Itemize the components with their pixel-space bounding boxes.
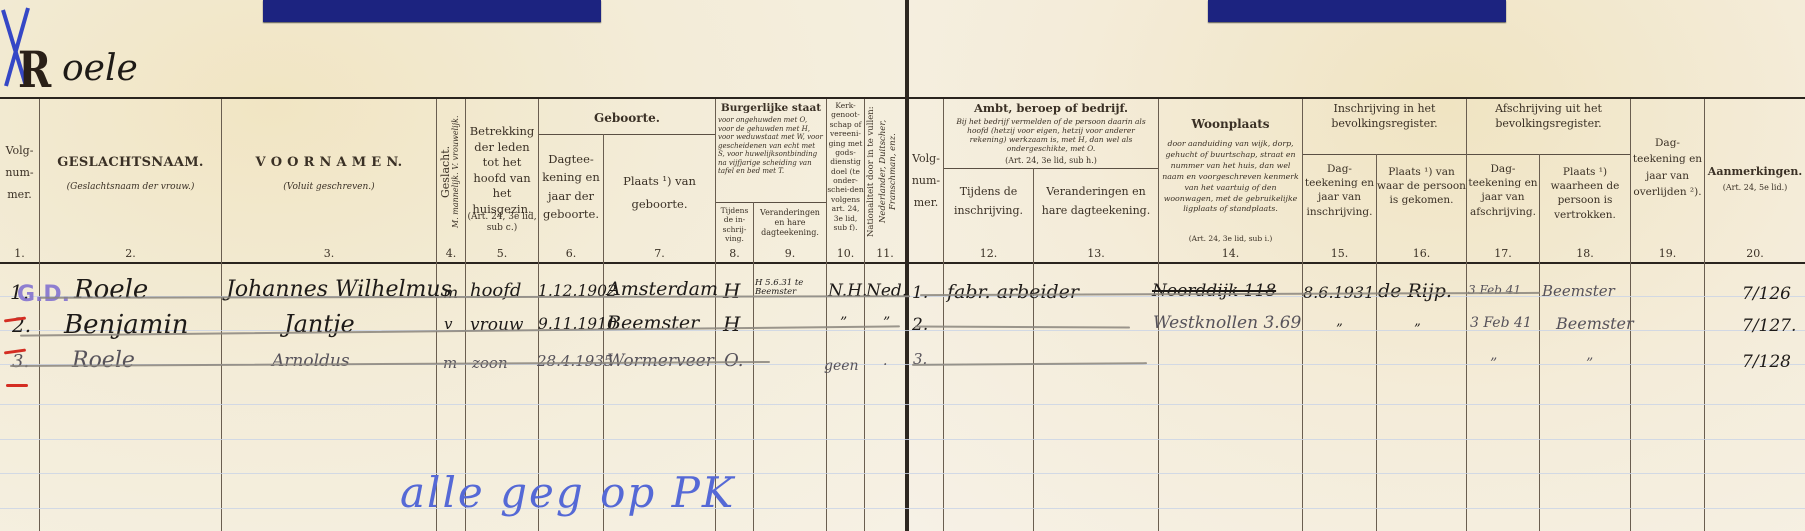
header-burgerlijke-staat: Burgerlijke staat bbox=[716, 101, 826, 115]
header-bottom-rule-right bbox=[908, 262, 1805, 264]
header-inschrijving-datum: Dag-teekening en jaar van inschrijving. bbox=[1303, 162, 1376, 219]
column-number: 18. bbox=[1540, 247, 1630, 260]
right-row1-to-place: Beemster bbox=[1542, 282, 1615, 300]
row1-church: N.H. bbox=[828, 281, 867, 301]
header-geslachtsnaam-sub: (Geslachtsnaam der vrouw.) bbox=[40, 181, 221, 193]
column-number: 9. bbox=[754, 247, 826, 260]
header-betrekking-sub: (Art. 24, 3e lid, sub c.) bbox=[466, 212, 538, 235]
header-ambt-tijdens: Tijdens de inschrijving. bbox=[944, 183, 1033, 220]
right-row3-deregistration-date: ” bbox=[1490, 356, 1497, 372]
ambt-note: Bij het bedrijf vermelden of de persoon … bbox=[948, 117, 1154, 154]
row2-civil-status: H bbox=[723, 312, 740, 336]
header-volgnummer: Volg- num- mer. bbox=[0, 140, 39, 206]
col-divider bbox=[715, 99, 716, 531]
right-row2-from-place: ” bbox=[1414, 322, 1421, 337]
column-number: 16. bbox=[1377, 247, 1466, 260]
row3-surname: Roele bbox=[72, 348, 135, 373]
header-geboorte-plaats: Plaats ¹) van geboorte. bbox=[604, 170, 715, 216]
right-row1-remarks: 7/126 bbox=[1742, 284, 1791, 304]
header-tijdens-inschrijving: Tijdens de in-schrij-ving. bbox=[716, 206, 753, 244]
header-woonplaats: Woonplaats bbox=[1159, 116, 1302, 132]
row3-given-names: Arnoldus bbox=[272, 351, 350, 371]
header-nationaliteit-sub: Nederlander, Duitscher, Franschman, enz. bbox=[878, 104, 902, 239]
header-geslachtsnaam: GESLACHTSNAAM. bbox=[40, 154, 221, 172]
header-geslacht-sub: M. mannelijk. V. vrouwelijk. bbox=[451, 104, 463, 239]
header-bottom-rule-left bbox=[0, 262, 906, 264]
col-divider bbox=[1033, 168, 1034, 531]
right-row3-to-place: ” bbox=[1586, 356, 1593, 372]
right-row1-occupation: fabr. arbeider bbox=[947, 281, 1079, 303]
ruling-line bbox=[0, 330, 1805, 331]
header-overlijden: Dag-teekening en jaar van overlijden ²). bbox=[1631, 135, 1704, 200]
right-row2-deregistration-date: 3 Feb 41 bbox=[1470, 315, 1532, 331]
col-divider bbox=[1704, 99, 1705, 531]
row2-nationality: ” bbox=[883, 315, 890, 331]
column-number: 14. bbox=[1159, 247, 1302, 260]
header-ambt-group: Ambt, beroep of bedrijf. bbox=[944, 101, 1158, 117]
ruling-line bbox=[0, 473, 1805, 474]
column-number: 10. bbox=[827, 247, 864, 260]
header-betrekking: Betrekking der leden tot het hoofd van h… bbox=[466, 124, 538, 217]
column-number: 15. bbox=[1303, 247, 1376, 260]
header-geboorte-datum: Dagtee-kening en jaar der geboorte. bbox=[539, 150, 603, 224]
column-number: 2. bbox=[40, 247, 221, 260]
header-aanmerkingen: Aanmerkingen. bbox=[1705, 165, 1805, 180]
column-number: 12. bbox=[944, 247, 1033, 260]
right-row2-to-place: Beemster bbox=[1556, 314, 1634, 333]
col-divider bbox=[1376, 154, 1377, 531]
column-number: 20. bbox=[1705, 247, 1805, 260]
col-divider bbox=[436, 99, 437, 531]
header-nationaliteit: Nationaliteit door in te vullen: bbox=[866, 104, 878, 239]
title-printed-letter: R bbox=[18, 40, 51, 99]
ruling-line bbox=[0, 508, 1805, 509]
row2-relation: vrouw bbox=[470, 315, 523, 335]
right-row3-remarks: 7/128 bbox=[1742, 352, 1791, 372]
burgerlijke-staat-note: voor ongehuwden met O, voor de gehuwden … bbox=[718, 116, 824, 176]
column-number: 4. bbox=[437, 247, 465, 260]
row1-sex: m bbox=[443, 283, 458, 302]
right-row1-from-place: de Rijp. bbox=[1378, 280, 1452, 302]
geboorte-group-rule bbox=[538, 134, 715, 135]
book-spine bbox=[905, 0, 909, 531]
column-number: 3. bbox=[222, 247, 436, 260]
row1-civil-status: H bbox=[723, 279, 740, 303]
header-afschrijving-datum: Dag-teekening en jaar van afschrijving. bbox=[1467, 162, 1539, 219]
column-number: 17. bbox=[1467, 247, 1539, 260]
row3-volgnummer: 3. bbox=[12, 351, 29, 372]
column-number: 11. bbox=[865, 247, 905, 260]
red-pencil-mark bbox=[6, 384, 28, 387]
column-number: 8. bbox=[716, 247, 753, 260]
column-number: 13. bbox=[1034, 247, 1158, 260]
header-geboorte-group: Geboorte. bbox=[539, 110, 715, 126]
right-row2-registration-date: ” bbox=[1336, 322, 1343, 337]
column-number: 5. bbox=[466, 247, 538, 260]
column-number: 6. bbox=[539, 247, 603, 260]
column-number: 19. bbox=[1631, 247, 1704, 260]
blue-label-bar-left bbox=[263, 0, 601, 22]
row1-nationality: Ned. bbox=[866, 281, 907, 301]
header-geslacht: Geslacht. bbox=[439, 104, 451, 239]
burgerlijke-group-rule bbox=[715, 202, 826, 203]
right-row2-remarks: 7/127. bbox=[1742, 316, 1796, 336]
woonplaats-note: door aanduiding van wijk, dorp, gehucht … bbox=[1162, 139, 1299, 215]
woonplaats-ref: (Art. 24, 3e lid, sub i.) bbox=[1159, 234, 1302, 243]
ambt-group-rule bbox=[943, 168, 1158, 169]
right-row1-volgnummer: 1. bbox=[912, 283, 928, 303]
ambt-ref: (Art. 24, 3e lid, sub h.) bbox=[944, 156, 1158, 166]
column-number: 1. bbox=[0, 247, 39, 260]
header-ambt-veranderingen: Veranderingen en hare dagteekening. bbox=[1034, 183, 1158, 220]
col-divider bbox=[864, 99, 865, 531]
header-inschrijving-group: Inschrijving in het bevolkingsregister. bbox=[1303, 102, 1466, 132]
row2-given-names: Jantje bbox=[284, 310, 355, 338]
right-page bbox=[908, 0, 1805, 531]
right-row1-residence: Noorddijk 118 bbox=[1152, 281, 1276, 301]
header-aanmerkingen-sub: (Art. 24, 5e lid.) bbox=[1705, 183, 1805, 193]
row1-gd-stamp: G.D. bbox=[17, 282, 70, 307]
row3-church: geen bbox=[824, 358, 859, 374]
right-row2-residence: Westknollen 3.69 bbox=[1153, 313, 1301, 333]
right-row1-deregistration-date: 3 Feb 41 bbox=[1468, 283, 1521, 297]
blue-pencil-note: alle geg op PK bbox=[400, 468, 735, 517]
title-handwritten-surname: oele bbox=[62, 48, 138, 89]
ruling-line bbox=[0, 404, 1805, 405]
ruling-line bbox=[0, 439, 1805, 440]
column-number: 7. bbox=[604, 247, 715, 260]
header-inschrijving-plaats: Plaats ¹) van waar de persoon is gekomen… bbox=[1377, 165, 1466, 208]
header-volgnummer-right: Volg- num- mer. bbox=[909, 148, 943, 214]
row2-church: ” bbox=[840, 315, 847, 331]
header-afschrijving-group: Afschrijving uit het bevolkingsregister. bbox=[1467, 102, 1630, 132]
header-voornamen: V O O R N A M E N. bbox=[222, 154, 436, 172]
row2-birth-place: Beemster bbox=[607, 312, 699, 334]
header-voornamen-sub: (Voluit geschreven.) bbox=[222, 181, 436, 193]
header-veranderingen: Veranderingen en hare dagteekening. bbox=[754, 208, 826, 238]
header-afschrijving-plaats: Plaats ¹) waarheen de persoon is vertrok… bbox=[1540, 165, 1630, 222]
blue-label-bar-right bbox=[1208, 0, 1506, 22]
header-top-rule-right bbox=[908, 97, 1805, 99]
header-kerkgenootschap: Kerk-genoot-schap of vereeni-ging met go… bbox=[827, 101, 864, 232]
row3-nationality: . bbox=[883, 353, 887, 369]
row1-surname: Roele bbox=[74, 275, 148, 305]
header-top-rule-left bbox=[0, 97, 906, 99]
